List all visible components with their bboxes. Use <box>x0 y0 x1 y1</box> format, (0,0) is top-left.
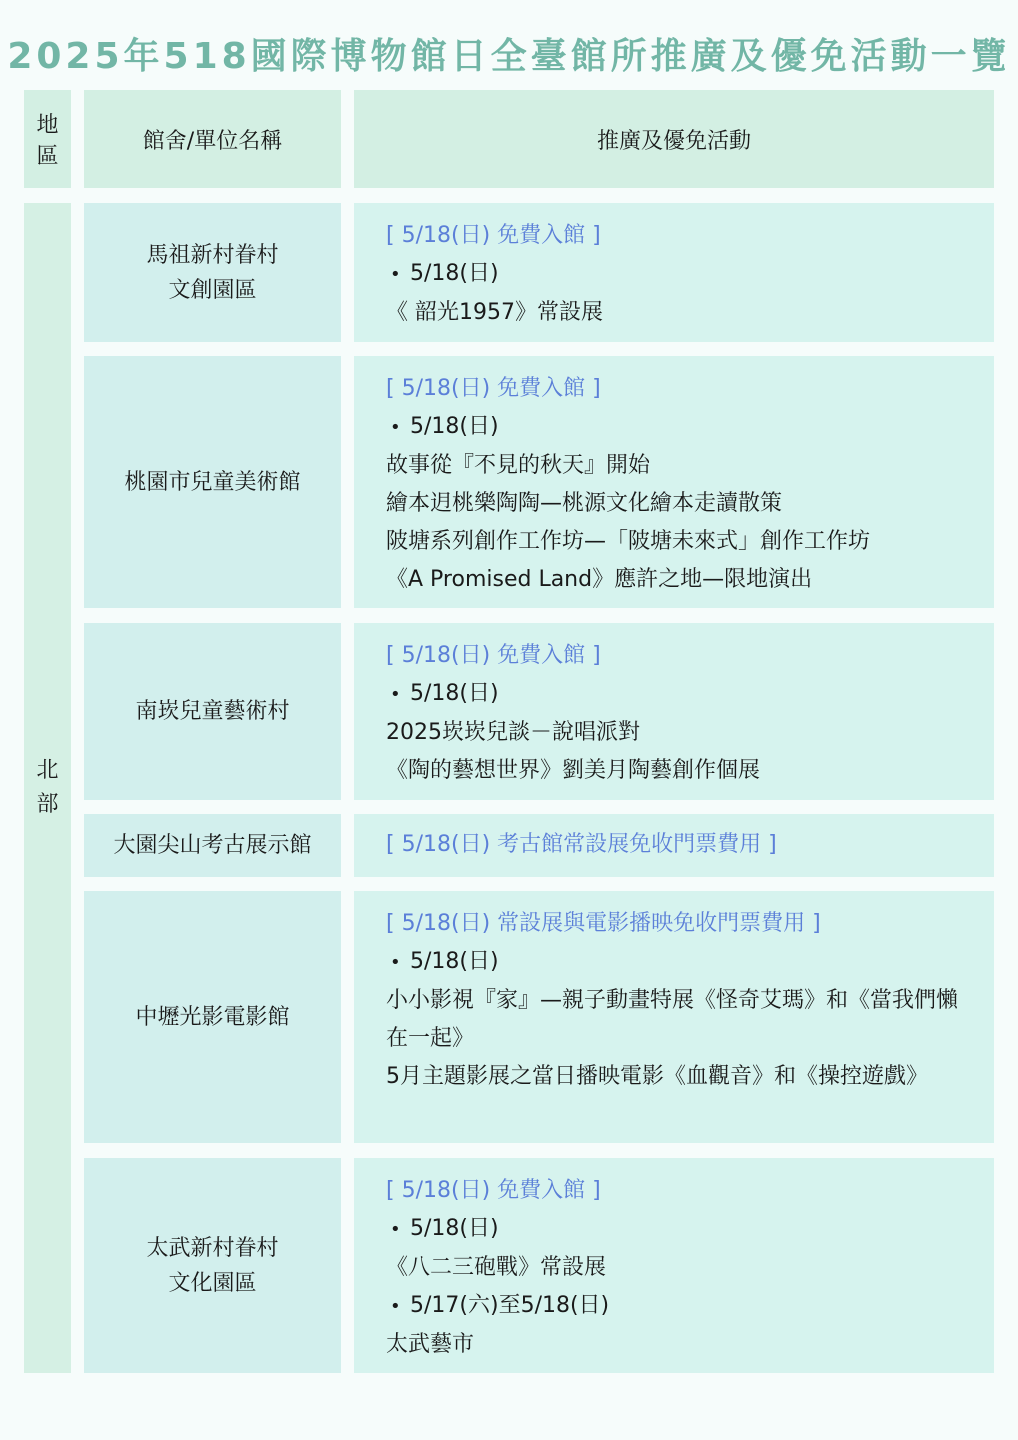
header-venue: 館舍/單位名稱 <box>84 90 341 188</box>
activity-line: 小小影視『家』—親子動畫特展《怪奇艾瑪》和《當我們懶在一起》 <box>386 982 994 1058</box>
venue-name-line: 太武新村眷村 <box>146 1231 278 1266</box>
date-bullet: 5/17(六)至5/18(日) <box>386 1287 994 1326</box>
venue-name-line: 南崁兒童藝術村 <box>135 694 289 729</box>
date-bullet: 5/18(日) <box>386 943 994 982</box>
activity-cell: [ 5/18(日) 免費入館 ] 5/18(日) 2025崁崁兒談－說唱派對 《… <box>354 623 994 800</box>
venue-name-line: 中壢光影電影館 <box>135 1000 289 1035</box>
region-cell: 北部 <box>24 203 71 1373</box>
activity-line: 5月主題影展之當日播映電影《血觀音》和《操控遊戲》 <box>386 1058 994 1096</box>
activity-line: 《陶的藝想世界》劉美月陶藝創作個展 <box>386 752 994 790</box>
venue-cell: 馬祖新村眷村 文創園區 <box>84 203 341 342</box>
activity-cell: [ 5/18(日) 常設展與電影播映免收門票費用 ] 5/18(日) 小小影視『… <box>354 891 994 1143</box>
activity-line: 陂塘系列創作工作坊—「陂塘未來式」創作工作坊 <box>386 523 994 561</box>
offer-highlight: [ 5/18(日) 免費入館 ] <box>386 637 994 675</box>
venue-cell: 大園尖山考古展示館 <box>84 814 341 877</box>
activity-line: 《八二三砲戰》常設展 <box>386 1249 994 1287</box>
offer-highlight: [ 5/18(日) 免費入館 ] <box>386 1172 994 1210</box>
venue-cell: 桃園市兒童美術館 <box>84 356 341 608</box>
activity-cell: [ 5/18(日) 免費入館 ] 5/18(日) 《八二三砲戰》常設展 5/17… <box>354 1158 994 1373</box>
page-title: 2025年518國際博物館日全臺館所推廣及優免活動一覽 <box>0 28 1018 79</box>
venue-name-line: 馬祖新村眷村 <box>146 238 278 273</box>
header-activity: 推廣及優免活動 <box>354 90 994 188</box>
date-bullet: 5/18(日) <box>386 255 994 294</box>
venue-name-line: 桃園市兒童美術館 <box>124 465 300 500</box>
activity-line: 太武藝市 <box>386 1326 994 1364</box>
activity-line: 繪本迌桃樂陶陶—桃源文化繪本走讀散策 <box>386 485 994 523</box>
header-venue-label: 館舍/單位名稱 <box>143 124 282 155</box>
date-bullet: 5/18(日) <box>386 408 994 447</box>
offer-highlight: [ 5/18(日) 考古館常設展免收門票費用 ] <box>386 826 994 864</box>
activity-line: 2025崁崁兒談－說唱派對 <box>386 714 994 752</box>
venue-cell: 南崁兒童藝術村 <box>84 623 341 800</box>
date-bullet: 5/18(日) <box>386 1210 994 1249</box>
offer-highlight: [ 5/18(日) 免費入館 ] <box>386 370 994 408</box>
header-region: 地區 <box>24 90 71 188</box>
activity-cell: [ 5/18(日) 免費入館 ] 5/18(日) 《 韶光1957》常設展 <box>354 203 994 342</box>
header-activity-label: 推廣及優免活動 <box>597 124 751 155</box>
header-region-label: 地區 <box>34 108 60 170</box>
venue-cell: 太武新村眷村 文化園區 <box>84 1158 341 1373</box>
venue-name-line: 文創園區 <box>146 273 278 308</box>
activity-line: 《 韶光1957》常設展 <box>386 294 994 332</box>
venue-name-line: 文化園區 <box>146 1266 278 1301</box>
venue-name-line: 大園尖山考古展示館 <box>113 828 311 863</box>
date-bullet: 5/18(日) <box>386 675 994 714</box>
offer-highlight: [ 5/18(日) 常設展與電影播映免收門票費用 ] <box>386 905 994 943</box>
venue-cell: 中壢光影電影館 <box>84 891 341 1143</box>
activity-line: 故事從『不見的秋天』開始 <box>386 447 994 485</box>
page: 2025年518國際博物館日全臺館所推廣及優免活動一覽 地區 館舍/單位名稱 推… <box>0 0 1018 1440</box>
activity-line: 《A Promised Land》應許之地—限地演出 <box>386 561 994 599</box>
activity-cell: [ 5/18(日) 考古館常設展免收門票費用 ] <box>354 814 994 877</box>
offer-highlight: [ 5/18(日) 免費入館 ] <box>386 217 994 255</box>
region-label: 北部 <box>34 754 60 822</box>
activity-cell: [ 5/18(日) 免費入館 ] 5/18(日) 故事從『不見的秋天』開始 繪本… <box>354 356 994 608</box>
